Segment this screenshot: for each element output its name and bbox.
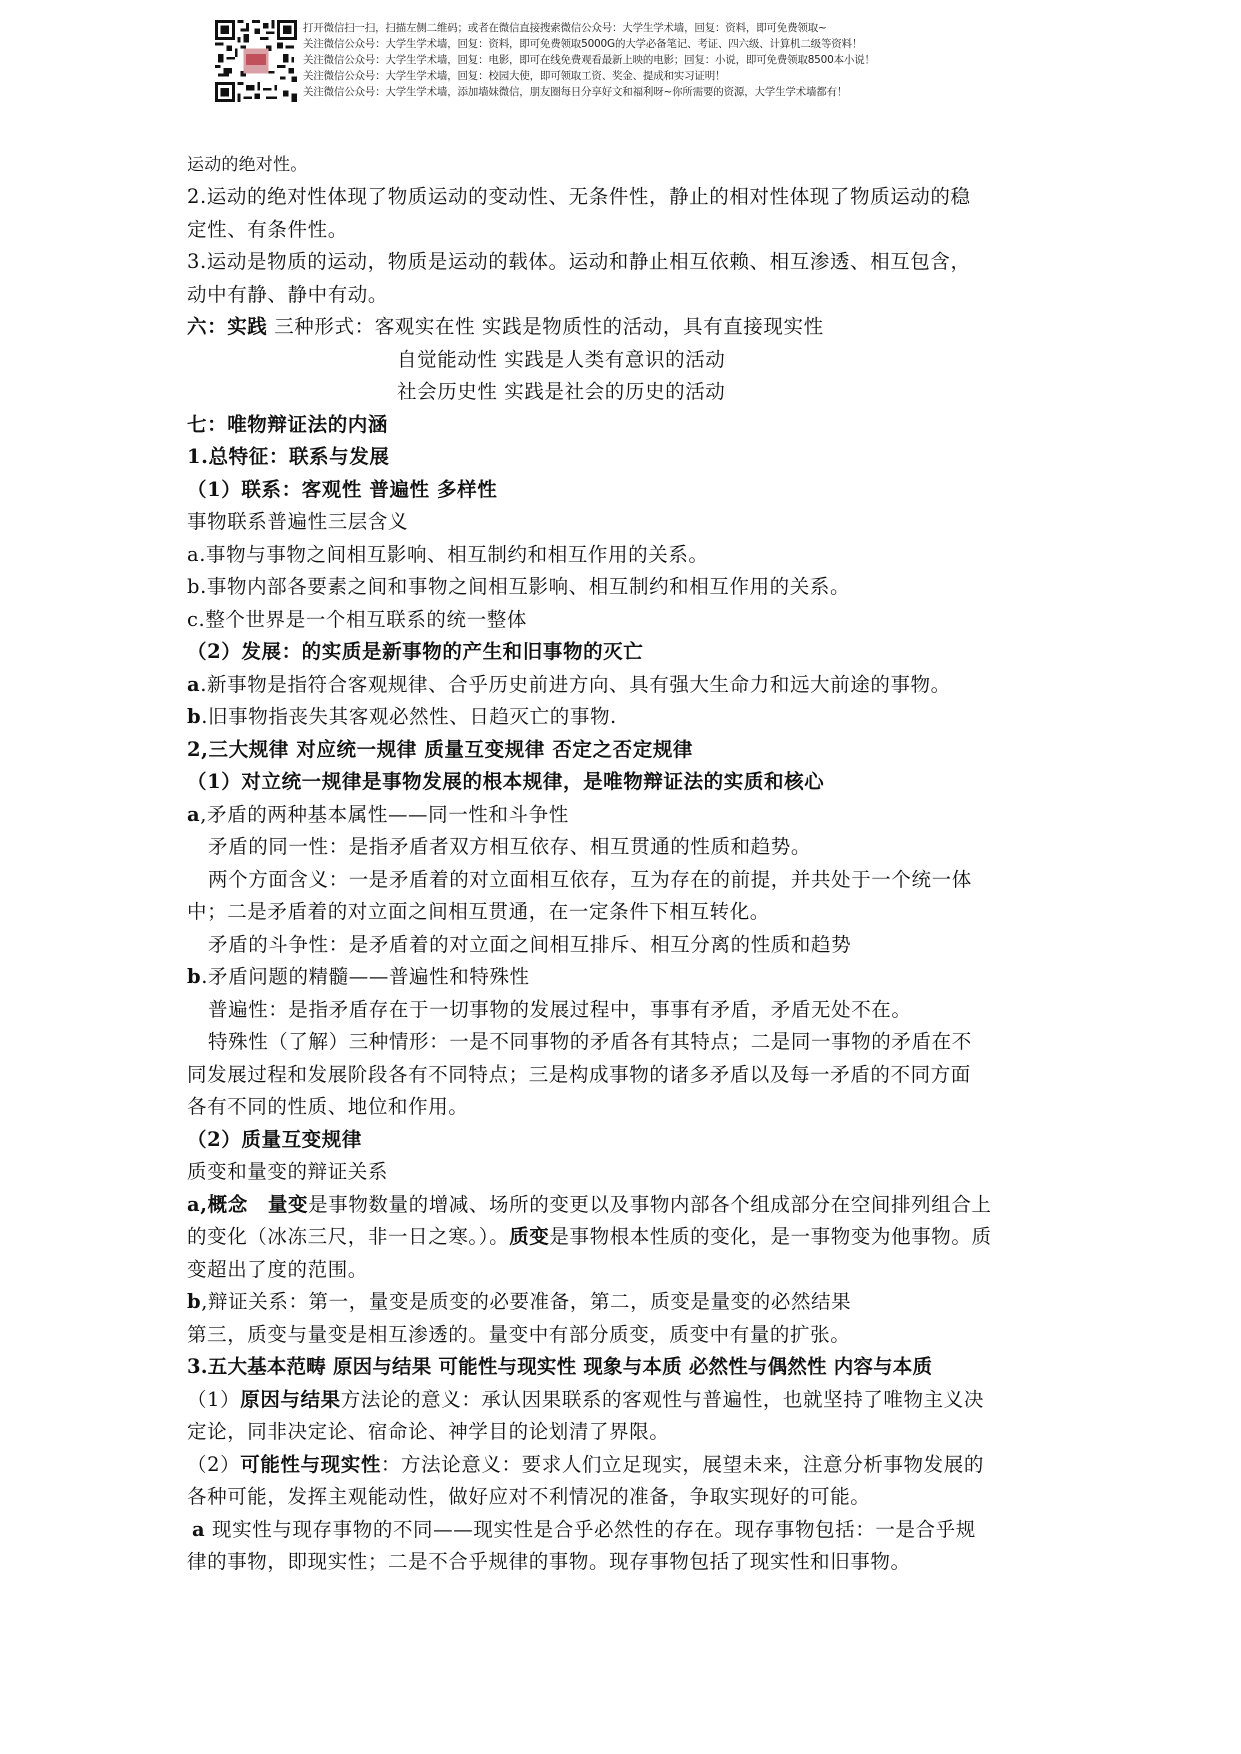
text-span: .新事物是指符合客观规律、合乎历史前进方向、具有强大生命力和远大前途的事物。: [200, 673, 951, 696]
label-bold: b: [187, 1290, 201, 1313]
text-line: 社会历史性 实践是社会的历史的活动: [397, 380, 725, 404]
text-line: 同发展过程和发展阶段各有不同特点；三是构成事物的诸多矛盾以及每一矛盾的不同方面: [187, 1063, 971, 1087]
text-span: （1）: [187, 1388, 240, 1411]
label-bold: a: [187, 673, 200, 696]
label-bold: a,概念 量变: [187, 1193, 308, 1216]
text-line: 质变和量变的辩证关系: [187, 1160, 388, 1184]
promo-line: 关注微信公众号：大学生学术墙，回复：校园大使，即可领取工资、奖金、提成和实习证明…: [303, 68, 875, 84]
text-line: 各有不同的性质、地位和作用。: [187, 1095, 468, 1119]
text-line: c.整个世界是一个相互联系的统一整体: [187, 608, 527, 632]
text-line: a,矛盾的两种基本属性——同一性和斗争性: [187, 803, 569, 827]
text-line: b.旧事物指丧失其客观必然性、日趋灭亡的事物.: [187, 705, 617, 729]
text-line: a.事物与事物之间相互影响、相互制约和相互作用的关系。: [187, 543, 709, 567]
text-line: 普遍性：是指矛盾存在于一切事物的发展过程中，事事有矛盾，矛盾无处不在。: [208, 998, 912, 1022]
promo-line: 关注微信公众号：大学生学术墙，回复：电影，即可在线免费观看最新上映的电影；回复：…: [303, 52, 875, 68]
term-bold: 可能性与现实性: [240, 1453, 381, 1476]
subheading: （1）对立统一规律是事物发展的根本规律，是唯物辩证法的实质和核心: [187, 770, 824, 794]
text-line: 矛盾的斗争性：是矛盾着的对立面之间相互排斥、相互分离的性质和趋势: [208, 933, 851, 957]
subheading: （2）发展：的实质是新事物的产生和旧事物的灭亡: [187, 640, 643, 664]
text-line: 事物联系普遍性三层含义: [187, 510, 408, 534]
text-span: ,矛盾的两种基本属性——同一性和斗争性: [200, 803, 569, 826]
text-line: 2.运动的绝对性体现了物质运动的变动性、无条件性，静止的相对性体现了物质运动的稳: [187, 185, 971, 209]
label-bold: b: [187, 965, 201, 988]
text-span: 的变化（冰冻三尺，非一日之寒。）。: [187, 1225, 509, 1248]
text-span: 是事物根本性质的变化，是一事物变为他事物。质: [549, 1225, 991, 1248]
promo-line: 关注微信公众号：大学生学术墙，回复：资料，即可免费领取5000G的大学必备笔记、…: [303, 36, 875, 52]
text-line: 运动的绝对性。: [187, 153, 307, 177]
promo-line: 打开微信扫一扫，扫描左侧二维码；或者在微信直接搜索微信公众号：大学生学术墙，回复…: [303, 20, 875, 36]
subheading: （1）联系：客观性 普遍性 多样性: [187, 478, 497, 502]
text-line: a 现实性与现存事物的不同——现实性是合乎必然性的存在。现存事物包括：一是合乎规: [192, 1518, 976, 1542]
term-bold: 原因与结果: [240, 1388, 341, 1411]
section-heading-practice: 六：实践 三种形式：客观实在性 实践是物质性的活动，具有直接现实性: [187, 315, 824, 339]
text-line: 的变化（冰冻三尺，非一日之寒。）。质变是事物根本性质的变化，是一事物变为他事物。…: [187, 1225, 992, 1249]
label-bold: b: [187, 705, 201, 728]
text-line: b.事物内部各要素之间和事物之间相互影响、相互制约和相互作用的关系。: [187, 575, 850, 599]
promo-text-block: 打开微信扫一扫，扫描左侧二维码；或者在微信直接搜索微信公众号：大学生学术墙，回复…: [303, 20, 875, 100]
subheading: 1.总特征：联系与发展: [187, 445, 389, 469]
qr-code-icon[interactable]: [215, 20, 297, 102]
text-line: 律的事物，即现实性；二是不合乎规律的事物。现存事物包括了现实性和旧事物。: [187, 1550, 911, 1574]
text-line: 变超出了度的范围。: [187, 1258, 368, 1282]
promo-line: 关注微信公众号：大学生学术墙，添加墙妹微信，朋友圈每日分享好文和福利呀~你所需要…: [303, 84, 875, 100]
text-span: 现实性与现存事物的不同——现实性是合乎必然性的存在。现存事物包括：一是合乎规: [205, 1518, 976, 1541]
subheading: 2,三大规律 对应统一规律 质量互变规律 否定之否定规律: [187, 738, 693, 762]
text-line: 特殊性（了解）三种情形：一是不同事物的矛盾各有其特点；二是同一事物的矛盾在不: [208, 1030, 972, 1054]
text-span: 是事物数量的增减、场所的变更以及事物内部各个组成部分在空间排列组合上: [308, 1193, 991, 1216]
heading-bold: 六：实践: [187, 315, 267, 338]
subheading: 3.五大基本范畴 原因与结果 可能性与现实性 现象与本质 必然性与偶然性 内容与…: [187, 1355, 932, 1379]
subheading: （2）质量互变规律: [187, 1128, 362, 1152]
text-line: 矛盾的同一性：是指矛盾者双方相互依存、相互贯通的性质和趋势。: [208, 835, 811, 859]
text-line: 第三，质变与量变是相互渗透的。量变中有部分质变，质变中有量的扩张。: [187, 1323, 850, 1347]
text-line: 动中有静、静中有动。: [187, 283, 388, 307]
term-bold: 质变: [509, 1225, 549, 1248]
text-line: 自觉能动性 实践是人类有意识的活动: [397, 348, 725, 372]
text-line: a,概念 量变是事物数量的增减、场所的变更以及事物内部各个组成部分在空间排列组合…: [187, 1193, 992, 1217]
promo-banner: 打开微信扫一扫，扫描左侧二维码；或者在微信直接搜索微信公众号：大学生学术墙，回复…: [215, 18, 935, 103]
text-line: （1）原因与结果方法论的意义：承认因果联系的客观性与普遍性，也就坚持了唯物主义决: [187, 1388, 984, 1412]
text-line: b,辩证关系：第一，量变是质变的必要准备，第二，质变是量变的必然结果: [187, 1290, 851, 1314]
text-line: （2）可能性与现实性：方法论意义：要求人们立足现实，展望未来，注意分析事物发展的: [187, 1453, 984, 1477]
text-line: a.新事物是指符合客观规律、合乎历史前进方向、具有强大生命力和远大前途的事物。: [187, 673, 951, 697]
section-heading: 七：唯物辩证法的内涵: [187, 413, 388, 437]
text-line: b.矛盾问题的精髓——普遍性和特殊性: [187, 965, 530, 989]
text-line: 两个方面含义：一是矛盾着的对立面相互依存，互为存在的前提，并共处于一个统一体: [208, 868, 972, 892]
label-bold: a: [187, 803, 200, 826]
text-span: .旧事物指丧失其客观必然性、日趋灭亡的事物.: [201, 705, 617, 728]
text-line: 各种可能，发挥主观能动性，做好应对不利情况的准备，争取实现好的可能。: [187, 1485, 870, 1509]
label-bold: a: [192, 1518, 205, 1541]
text-line: 定性、有条件性。: [187, 218, 348, 242]
text-span: 方法论的意义：承认因果联系的客观性与普遍性，也就坚持了唯物主义决: [341, 1388, 984, 1411]
text-span: .矛盾问题的精髓——普遍性和特殊性: [201, 965, 529, 988]
text-span: （2）: [187, 1453, 240, 1476]
text-span: ,辩证关系：第一，量变是质变的必要准备，第二，质变是量变的必然结果: [201, 1290, 851, 1313]
text-line: 中；二是矛盾着的对立面之间相互贯通，在一定条件下相互转化。: [187, 900, 770, 924]
text-line: 3.运动是物质的运动，物质是运动的载体。运动和静止相互依赖、相互渗透、相互包含，: [187, 250, 971, 274]
text-span: 三种形式：客观实在性 实践是物质性的活动，具有直接现实性: [267, 315, 823, 338]
text-span: ：方法论意义：要求人们立足现实，展望未来，注意分析事物发展的: [381, 1453, 984, 1476]
text-line: 定论，同非决定论、宿命论、神学目的论划清了界限。: [187, 1420, 669, 1444]
